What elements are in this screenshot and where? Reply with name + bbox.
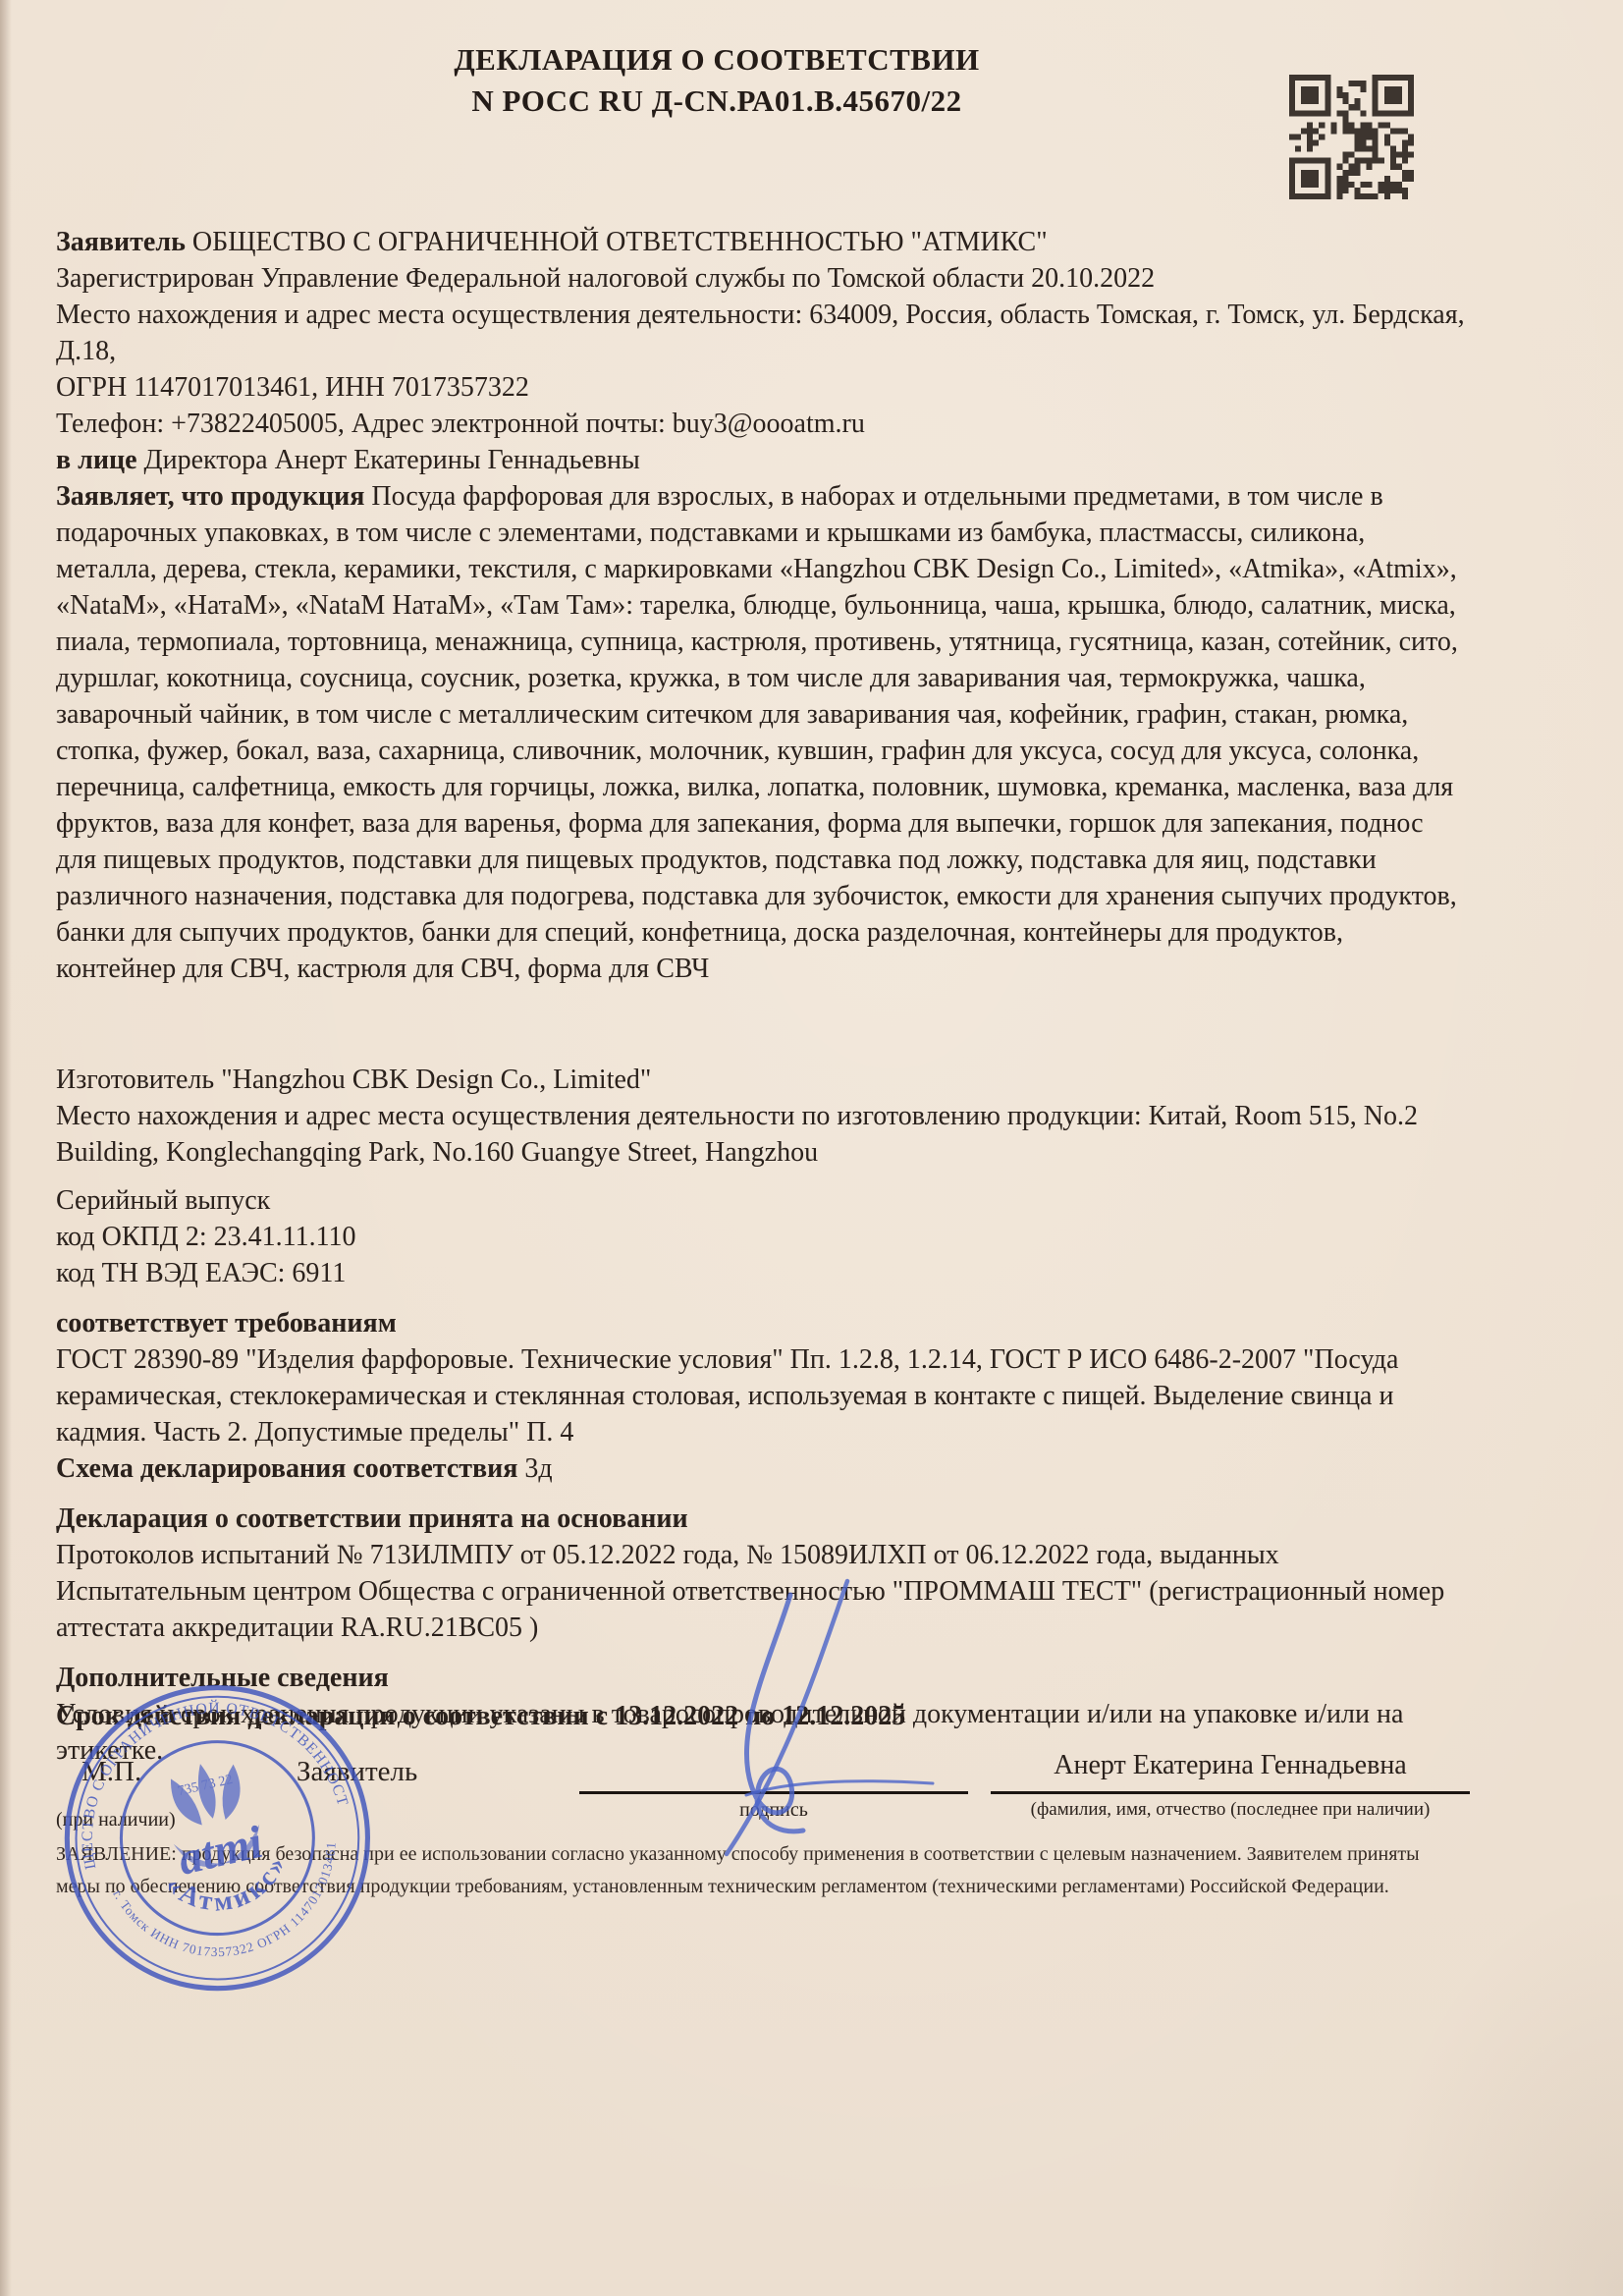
document-number: N РОСС RU Д-CN.РА01.В.45670/22	[0, 81, 1434, 122]
name-caption: (фамилия, имя, отчество (последнее при н…	[991, 1799, 1470, 1821]
document-header: ДЕКЛАРАЦИЯ О СООТВЕТСТВИИ N РОСС RU Д-CN…	[0, 39, 1434, 122]
manufacturer-line: Изготовитель "Hangzhou CBK Design Co., L…	[56, 1062, 1467, 1098]
scheme-value: 3д	[524, 1453, 552, 1484]
tnved-code: код ТН ВЭД ЕАЭС: 6911	[56, 1255, 1467, 1291]
product-text: Посуда фарфоровая для взрослых, в набора…	[56, 481, 1458, 984]
production-type: Серийный выпуск	[56, 1182, 1467, 1219]
document-body: Заявитель ОБЩЕСТВО С ОГРАНИЧЕННОЙ ОТВЕТС…	[56, 224, 1467, 1769]
validity-period: Срок действия декларации о соответствии …	[56, 1701, 1467, 1732]
name-line	[991, 1791, 1470, 1794]
document-title: ДЕКЛАРАЦИЯ О СООТВЕТСТВИИ	[0, 39, 1434, 81]
signatory-role-label: Заявитель	[297, 1756, 417, 1788]
product-description: Заявляет, что продукция Посуда фарфорова…	[56, 478, 1467, 987]
signature-line	[579, 1791, 968, 1794]
manufacturer-label: Изготовитель	[56, 1065, 214, 1095]
applicant-name: ОБЩЕСТВО С ОГРАНИЧЕННОЙ ОТВЕТСТВЕННОСТЬЮ…	[192, 227, 1048, 257]
applicant-registration: Зарегистрирован Управление Федеральной н…	[56, 260, 1467, 297]
signatory-name: Анерт Екатерина Геннадьевна	[991, 1750, 1470, 1781]
additional-heading: Дополнительные сведения	[56, 1660, 1467, 1696]
represented-by-value: Директора Анерт Екатерины Геннадьевны	[144, 445, 640, 475]
applicant-representative: в лице Директора Анерт Екатерины Геннадь…	[56, 442, 1467, 478]
scheme-label: Схема декларирования соответствия	[56, 1453, 517, 1484]
applicant-line: Заявитель ОБЩЕСТВО С ОГРАНИЧЕННОЙ ОТВЕТС…	[56, 224, 1467, 260]
applicant-contacts: Телефон: +73822405005, Адрес электронной…	[56, 406, 1467, 442]
okpd-code: код ОКПД 2: 23.41.11.110	[56, 1219, 1467, 1255]
stamp-place-note: (при наличии)	[56, 1809, 176, 1831]
stamp-place-label: М.П.	[81, 1756, 141, 1788]
compliance-heading: соответствует требованиям	[56, 1305, 1467, 1341]
basis-text: Протоколов испытаний № 713ИЛМПУ от 05.12…	[56, 1537, 1467, 1646]
applicant-label: Заявитель	[56, 227, 186, 257]
safety-statement: ЗАЯВЛЕНИЕ: продукция безопасна при ее ис…	[56, 1838, 1431, 1903]
signature-caption: подпись	[579, 1799, 968, 1822]
product-label: Заявляет, что продукция	[56, 481, 364, 512]
declaration-scheme: Схема декларирования соответствия 3д	[56, 1450, 1467, 1487]
basis-heading: Декларация о соответствии принята на осн…	[56, 1501, 1467, 1537]
qr-code-icon	[1289, 75, 1414, 199]
compliance-standards: ГОСТ 28390-89 "Изделия фарфоровые. Техни…	[56, 1341, 1467, 1450]
represented-by-label: в лице	[56, 445, 137, 475]
applicant-address: Место нахождения и адрес места осуществл…	[56, 297, 1467, 369]
applicant-ogrn-inn: ОГРН 1147017013461, ИНН 7017357322	[56, 369, 1467, 406]
manufacturer-address: Место нахождения и адрес места осуществл…	[56, 1098, 1467, 1171]
manufacturer-name: "Hangzhou CBK Design Co., Limited"	[221, 1065, 651, 1095]
document-page: ДЕКЛАРАЦИЯ О СООТВЕТСТВИИ N РОСС RU Д-CN…	[0, 0, 1623, 2296]
